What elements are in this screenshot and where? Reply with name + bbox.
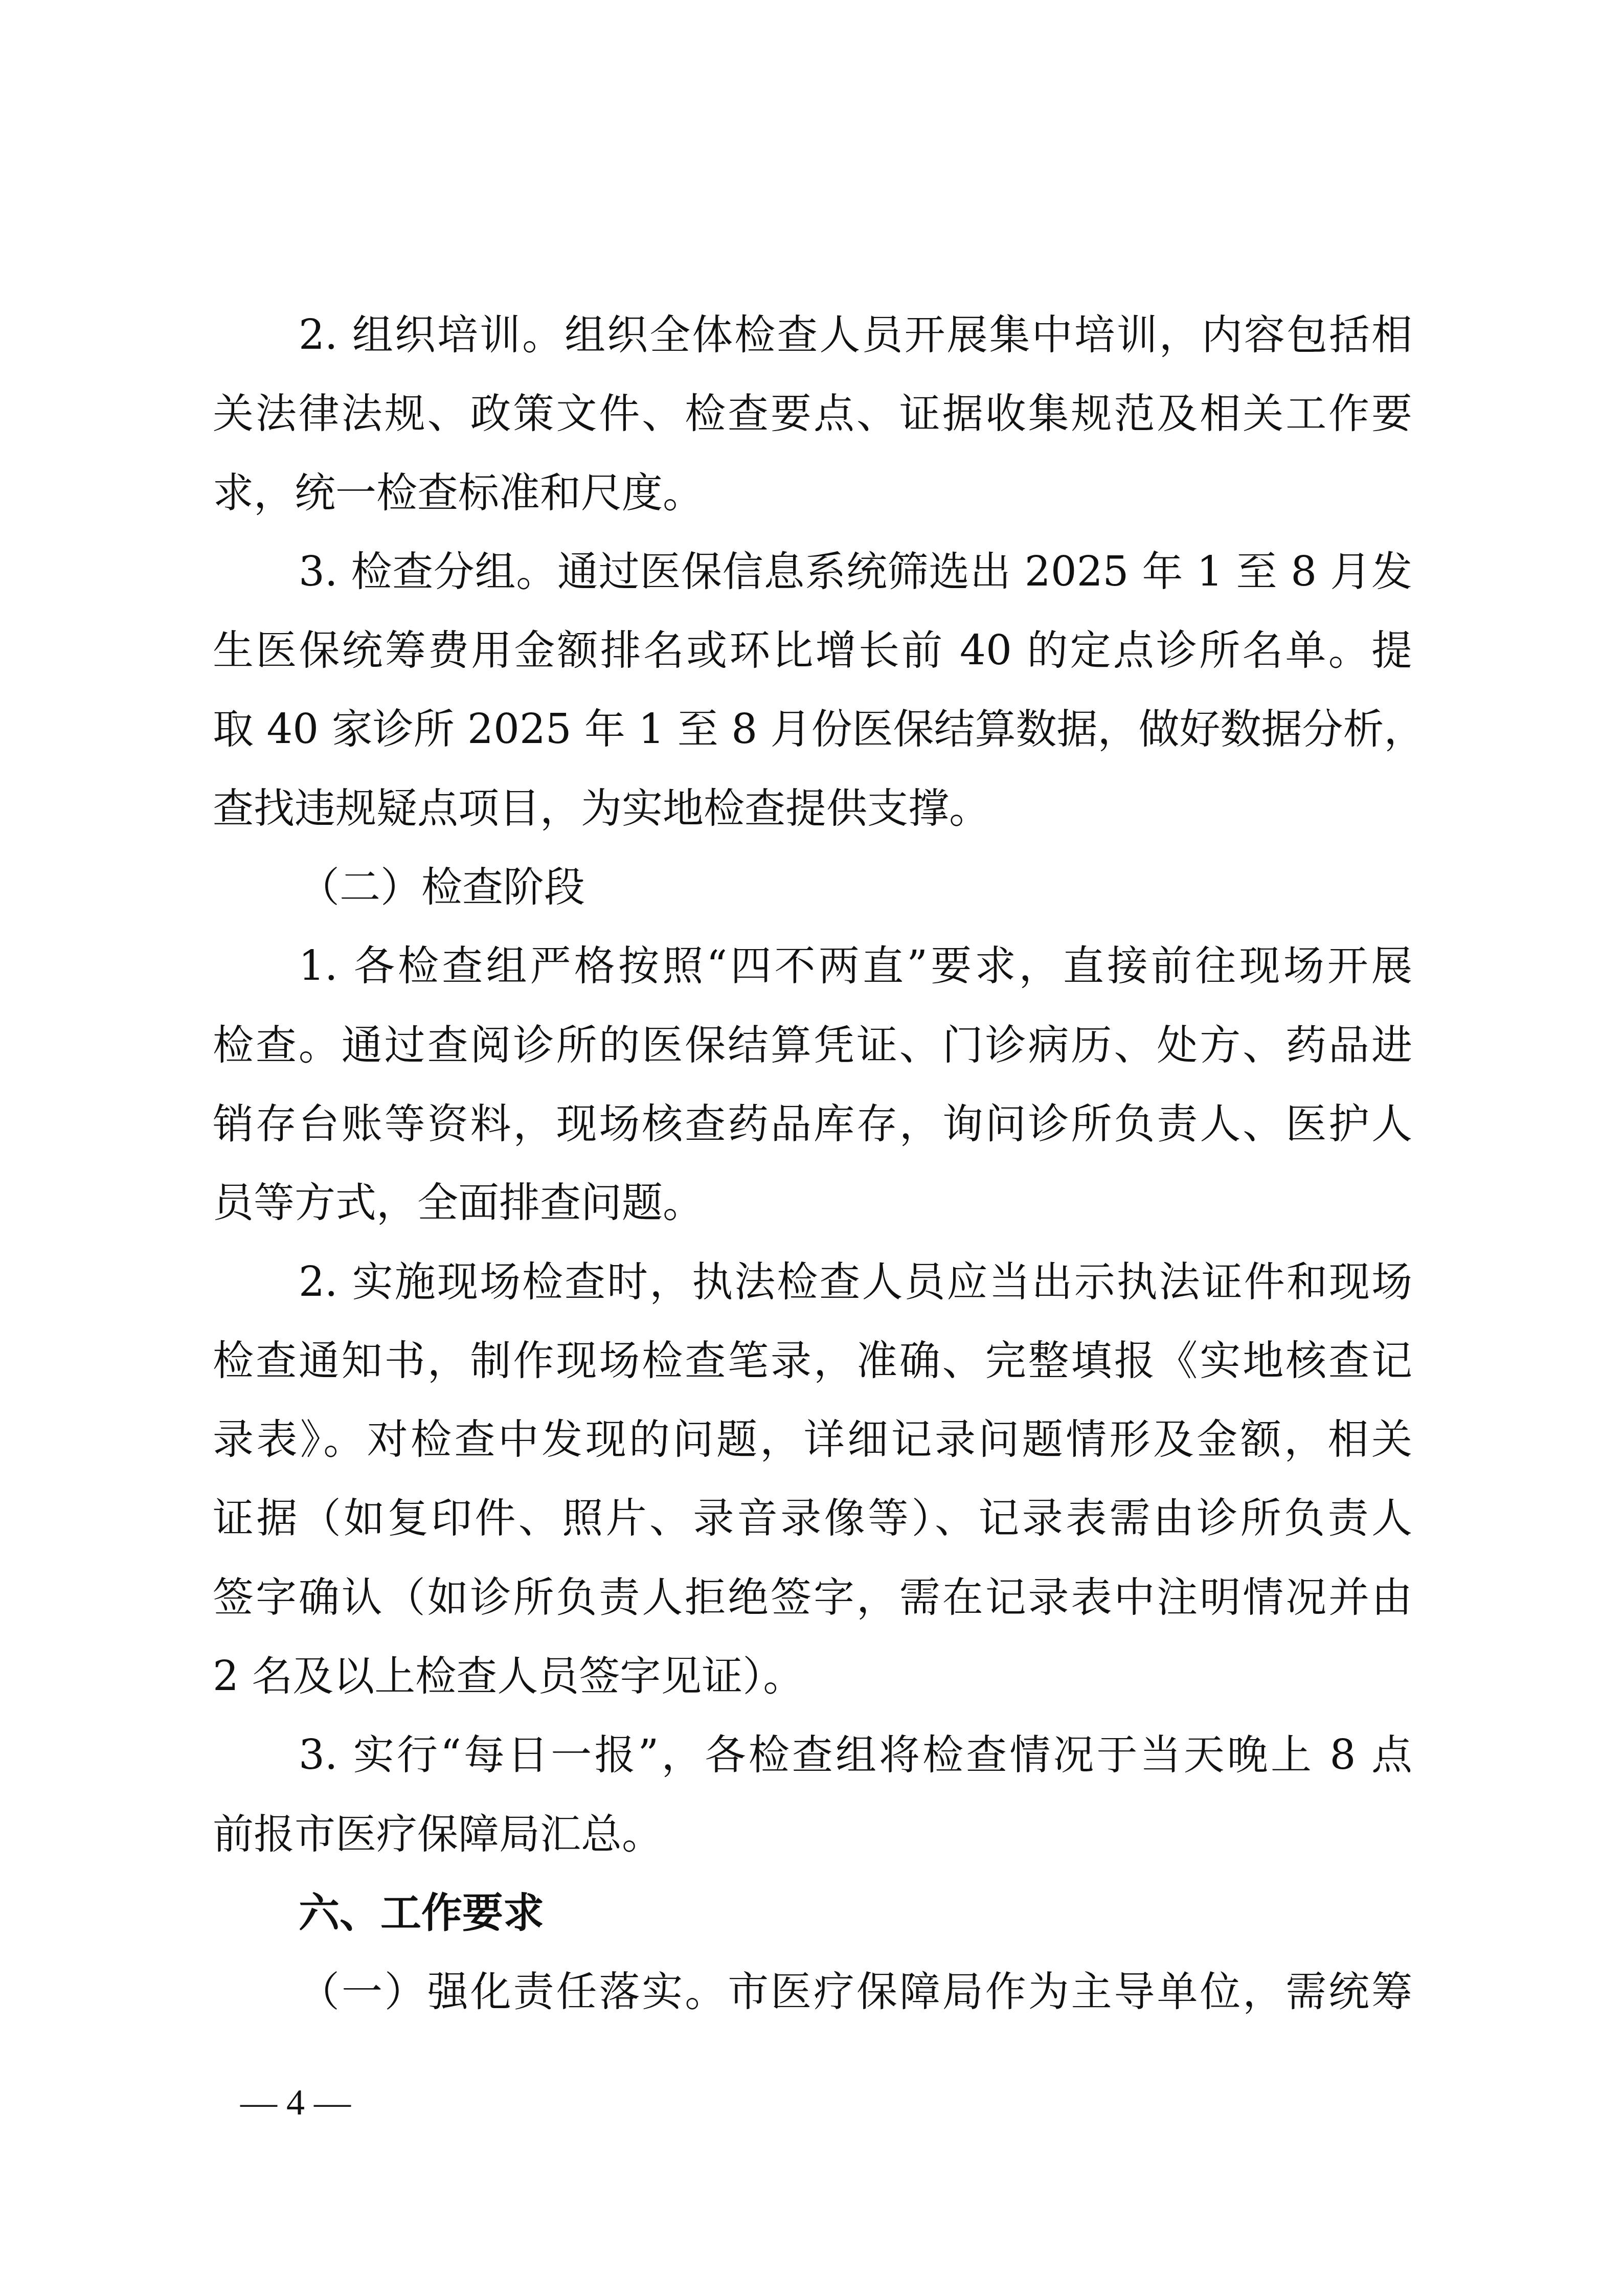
paragraph-line: 检查。通过查阅诊所的医保结算凭证、门诊病历、处方、药品进 [213, 1006, 1412, 1085]
paragraph-line: 2. 组织培训。组织全体检查人员开展集中培训，内容包括相 [213, 296, 1412, 374]
paragraph-line: 3. 实行“每日一报”，各检查组将检查情况于当天晚上 8 点 [213, 1716, 1412, 1794]
paragraph-line: 录表》。对检查中发现的问题，详细记录问题情形及金额，相关 [213, 1400, 1412, 1479]
section-subheading: （二）检查阶段 [213, 848, 1412, 927]
paragraph-line: （一）强化责任落实。市医疗保障局作为主导单位，需统筹 [213, 1952, 1412, 2031]
paragraph-line: 求，统一检查标准和尺度。 [213, 454, 1412, 532]
paragraph-line: 证据（如复印件、照片、录音录像等）、记录表需由诊所负责人 [213, 1479, 1412, 1558]
paragraph-line: 员等方式，全面排查问题。 [213, 1163, 1412, 1242]
paragraph-line: 查找违规疑点项目，为实地检查提供支撑。 [213, 769, 1412, 848]
paragraph-line: 检查通知书，制作现场检查笔录，准确、完整填报《实地核查记 [213, 1321, 1412, 1400]
paragraph-line: 2. 实施现场检查时，执法检查人员应当出示执法证件和现场 [213, 1243, 1412, 1321]
paragraph-line: 关法律法规、政策文件、检查要点、证据收集规范及相关工作要 [213, 374, 1412, 453]
paragraph-line: 销存台账等资料，现场核查药品库存，询问诊所负责人、医护人 [213, 1085, 1412, 1163]
document-page: 2. 组织培训。组织全体检查人员开展集中培训，内容包括相 关法律法规、政策文件、… [0, 0, 1624, 2296]
page-number: — 4 — [240, 2081, 351, 2124]
body-text: 2. 组织培训。组织全体检查人员开展集中培训，内容包括相 关法律法规、政策文件、… [213, 296, 1412, 2032]
paragraph-line: 前报市医疗保障局汇总。 [213, 1795, 1412, 1874]
paragraph-line: 1. 各检查组严格按照“四不两直”要求，直接前往现场开展 [213, 927, 1412, 1005]
paragraph-line: 3. 检查分组。通过医保信息系统筛选出 2025 年 1 至 8 月发 [213, 532, 1412, 611]
section-heading: 六、工作要求 [213, 1874, 1412, 1952]
paragraph-line: 取 40 家诊所 2025 年 1 至 8 月份医保结算数据，做好数据分析， [213, 690, 1412, 769]
paragraph-line: 生医保统筹费用金额排名或环比增长前 40 的定点诊所名单。提 [213, 611, 1412, 690]
paragraph-line: 签字确认（如诊所负责人拒绝签字，需在记录表中注明情况并由 [213, 1558, 1412, 1637]
paragraph-line: 2 名及以上检查人员签字见证）。 [213, 1637, 1412, 1716]
